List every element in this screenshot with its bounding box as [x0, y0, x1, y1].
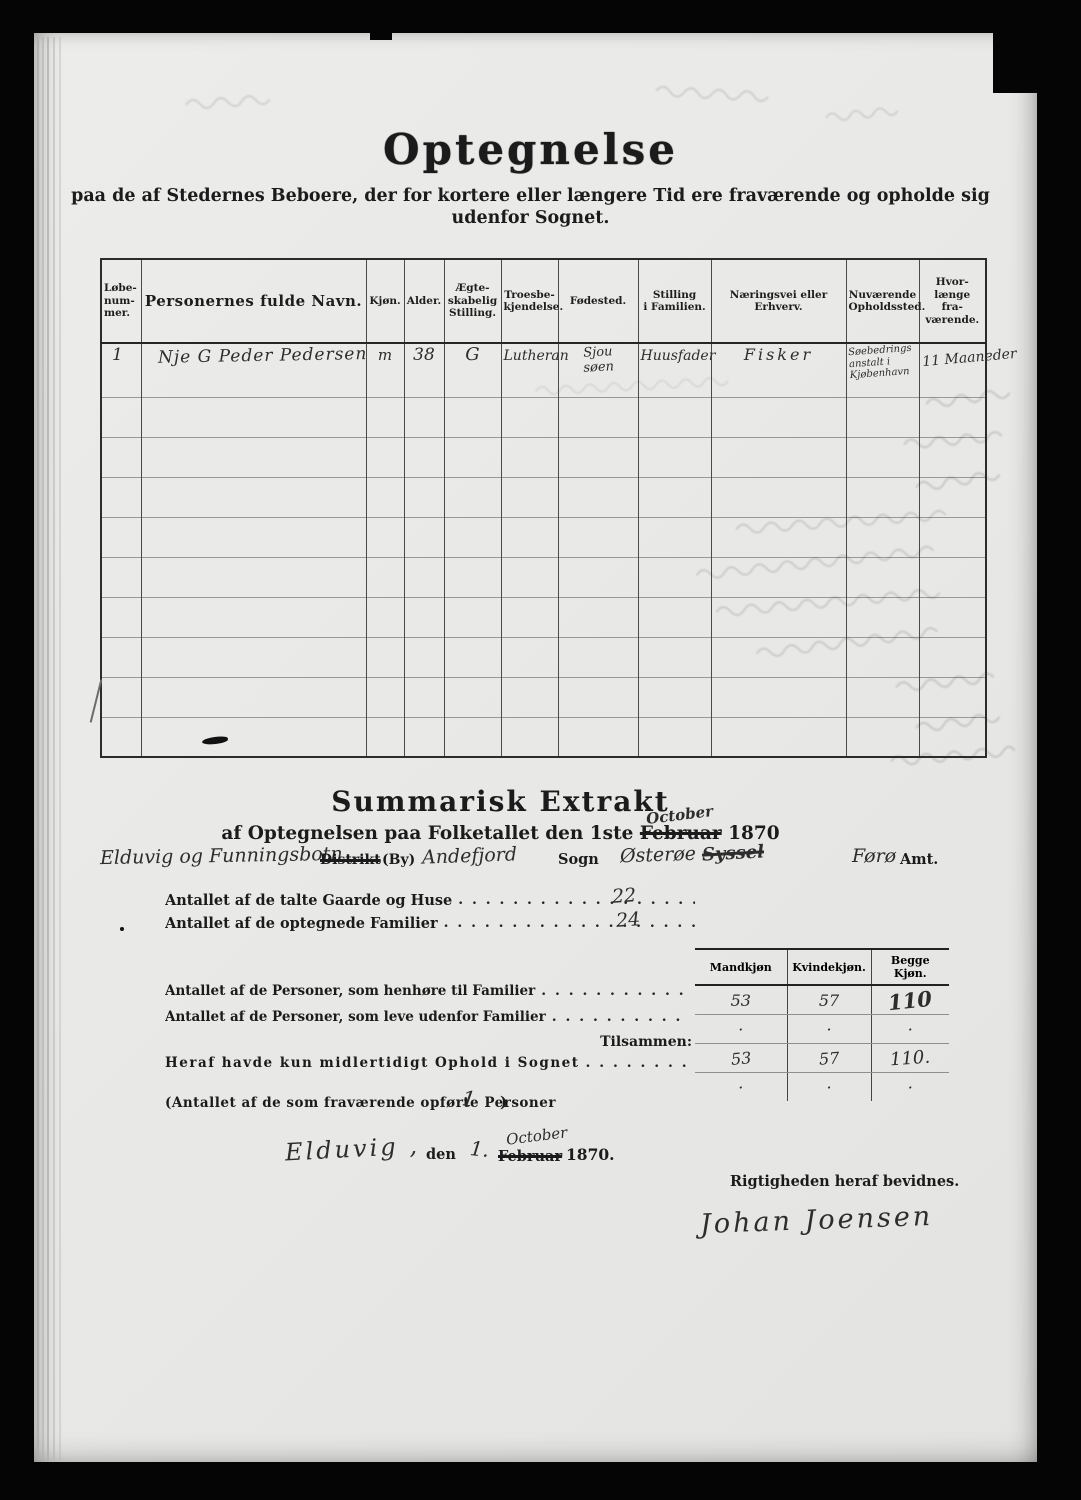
empty-cell — [444, 477, 501, 517]
summary-row-families: 53 57 110 — [695, 985, 949, 1015]
col-header-beggekjon: Begge Kjøn. — [871, 949, 949, 985]
summary-row-temporary: · · · — [695, 1073, 949, 1102]
scanned-census-page: Optegnelse paa de af Stedernes Beboere, … — [0, 0, 1081, 1500]
count-families-label: Antallet af de optegnede Familier — [165, 915, 438, 935]
col-header-opholdssted: Nuværende Opholdssted. — [846, 259, 919, 343]
entry-number: 1 — [104, 348, 123, 363]
parish-handwritten: Andefjord — [422, 843, 518, 868]
entry-name: Nje G Peder Pedersen — [143, 343, 367, 366]
empty-cell — [501, 637, 558, 677]
empty-cell — [101, 597, 141, 637]
absent-persons-close-paren: ) — [500, 1093, 507, 1111]
empty-cell — [558, 717, 638, 757]
empty-cell — [404, 597, 444, 637]
empty-cell — [101, 517, 141, 557]
empty-cell — [638, 437, 711, 477]
empty-cell — [558, 597, 638, 637]
empty-cell — [711, 717, 846, 757]
males-total: 53 — [730, 1048, 752, 1069]
district-label-by: (By) — [382, 852, 415, 868]
subtitle-line-1: paa de af Stedernes Beboere, der for kor… — [34, 185, 1027, 207]
col-header-navn: Personernes fulde Navn. — [141, 259, 366, 343]
empty-cell — [444, 557, 501, 597]
col-header-mandkjon: Mandkjøn — [695, 949, 787, 985]
amt-handwritten: Førø — [852, 845, 896, 867]
page-stack-edge — [47, 37, 49, 1460]
sex-summary-table: Mandkjøn Kvindekjøn. Begge Kjøn. 53 57 1… — [695, 948, 949, 1101]
empty-cell — [141, 437, 366, 477]
temporary-stay-label: Heraf havde kun midlertidigt Ophold i So… — [165, 1055, 579, 1075]
summary-row-outside: · · · — [695, 1015, 949, 1044]
both-temporary: · — [908, 1078, 913, 1097]
extract-subtitle-prefix: af Optegnelsen paa Folketallet den 1ste — [221, 823, 633, 844]
leader-dots: . . . . . . . . . . . . . . . . . . . . … — [535, 983, 689, 1003]
empty-cell — [638, 597, 711, 637]
register-table: Løbe- num- mer. Personernes fulde Navn. … — [100, 258, 987, 758]
empty-cell — [558, 397, 638, 437]
empty-cell — [444, 717, 501, 757]
empty-cell — [404, 637, 444, 677]
leader-dots: . . . . . . . . . . . . . . . . . . . . … — [546, 1009, 689, 1029]
empty-cell — [101, 557, 141, 597]
empty-register-row — [101, 717, 986, 757]
empty-cell — [444, 597, 501, 637]
empty-cell — [101, 437, 141, 477]
empty-cell — [141, 477, 366, 517]
empty-register-row — [101, 677, 986, 717]
males-in-families: 53 — [731, 991, 751, 1010]
empty-cell — [444, 517, 501, 557]
subtitle-line-2: udenfor Sognet. — [34, 207, 1027, 229]
empty-cell — [141, 517, 366, 557]
empty-cell — [444, 437, 501, 477]
empty-cell — [141, 637, 366, 677]
count-houses-value: 22 — [611, 884, 637, 908]
entry-marital: G — [465, 347, 479, 362]
empty-cell — [404, 437, 444, 477]
page-stack-edge — [42, 37, 44, 1460]
empty-cell — [404, 557, 444, 597]
col-header-troesbekjendelse: Troesbe- kjendelse. — [501, 259, 558, 343]
scan-corner-notch — [993, 33, 1081, 93]
empty-cell — [638, 477, 711, 517]
males-temporary: · — [738, 1078, 743, 1097]
dateline-den-label: den — [426, 1146, 456, 1163]
col-header-fodested: Fødested. — [558, 259, 638, 343]
entry-birthplace: Sjou søen — [582, 344, 614, 376]
entry-sex: m — [378, 348, 392, 363]
ghost-handwriting — [654, 82, 775, 108]
empty-cell — [501, 597, 558, 637]
document-title: Optegnelse — [34, 125, 1027, 174]
empty-cell — [404, 517, 444, 557]
persons-in-families-line: Antallet af de Personer, som henhøre til… — [165, 983, 689, 1003]
signature: Johan Joensen — [700, 1201, 934, 1240]
empty-cell — [638, 637, 711, 677]
entry-occupation: Fisker — [744, 345, 813, 362]
empty-cell — [404, 717, 444, 757]
summary-row-total: 53 57 110. — [695, 1044, 949, 1073]
empty-cell — [141, 677, 366, 717]
ghost-handwriting — [183, 90, 274, 116]
both-outside: · — [908, 1020, 913, 1039]
region-struck: Syssel — [701, 841, 764, 865]
count-houses-label: Antallet af de talte Gaarde og Huse — [165, 892, 452, 912]
district-handwritten: Elduvig og Funningsbotn — [100, 843, 343, 869]
entry-family-position: Huusfader — [641, 349, 716, 364]
empty-cell — [141, 557, 366, 597]
total-label: Tilsammen: — [582, 1034, 692, 1050]
register-header-row: Løbe- num- mer. Personernes fulde Navn. … — [101, 259, 986, 343]
empty-cell — [444, 637, 501, 677]
empty-cell — [558, 637, 638, 677]
empty-cell — [711, 397, 846, 437]
empty-cell — [638, 717, 711, 757]
empty-cell — [366, 477, 404, 517]
empty-cell — [366, 597, 404, 637]
col-header-naeringsvei: Næringsvei eller Erhverv. — [711, 259, 846, 343]
extract-title: Summarisk Extrakt — [34, 785, 967, 818]
empty-cell — [558, 517, 638, 557]
empty-register-row — [101, 397, 986, 437]
empty-cell — [501, 557, 558, 597]
females-outside: · — [826, 1020, 831, 1039]
page-stack-edge — [53, 37, 55, 1460]
page-stack-edge — [37, 37, 39, 1460]
empty-cell — [101, 397, 141, 437]
leader-dots: . . . . . . . . . . . . . . . . . . . . … — [438, 915, 695, 935]
empty-cell — [501, 477, 558, 517]
empty-cell — [101, 477, 141, 517]
col-header-lobenummer: Løbe- num- mer. — [101, 259, 141, 343]
empty-cell — [558, 437, 638, 477]
persons-in-families-label: Antallet af de Personer, som henhøre til… — [165, 983, 535, 1003]
paper-sheet: Optegnelse paa de af Stedernes Beboere, … — [34, 33, 1037, 1462]
dateline-day: 1. — [469, 1136, 490, 1162]
col-header-alder: Alder. — [404, 259, 444, 343]
empty-cell — [501, 437, 558, 477]
col-header-stilling-familien: Stilling i Familien. — [638, 259, 711, 343]
district-label-struck: Distrikt — [320, 852, 381, 868]
document-subtitle: paa de af Stedernes Beboere, der for kor… — [34, 185, 1027, 229]
empty-register-row — [101, 437, 986, 477]
empty-cell — [444, 397, 501, 437]
empty-cell — [501, 517, 558, 557]
col-header-aegteskabelig: Ægte- skabelig Stilling. — [444, 259, 501, 343]
empty-cell — [558, 477, 638, 517]
empty-register-row — [101, 477, 986, 517]
persons-outside-families-line: Antallet af de Personer, som leve udenfo… — [165, 1009, 689, 1029]
attestation-text: Rigtigheden heraf bevidnes. — [730, 1173, 959, 1190]
col-header-kjon: Kjøn. — [366, 259, 404, 343]
empty-cell — [501, 717, 558, 757]
empty-cell — [558, 677, 638, 717]
page-stack-edge — [59, 37, 61, 1460]
entry-age: 38 — [413, 348, 435, 363]
temporary-stay-line: Heraf havde kun midlertidigt Ophold i So… — [165, 1055, 689, 1075]
empty-cell — [444, 677, 501, 717]
extract-subtitle: af Optegnelsen paa Folketallet den 1ste … — [34, 823, 967, 844]
empty-cell — [711, 677, 846, 717]
females-total: 57 — [818, 1048, 840, 1068]
both-in-families: 110 — [887, 985, 933, 1014]
empty-cell — [404, 677, 444, 717]
dateline-year: 1870. — [566, 1145, 615, 1164]
empty-cell — [141, 717, 366, 757]
empty-cell — [366, 397, 404, 437]
empty-cell — [366, 557, 404, 597]
empty-cell — [558, 557, 638, 597]
ink-dot — [120, 927, 124, 931]
count-families-value: 24 — [615, 908, 641, 932]
females-in-families: 57 — [819, 991, 839, 1010]
entry-duration-absent: 11 Maaneder — [921, 341, 1017, 370]
dateline-struck-month: Februar — [498, 1148, 562, 1165]
empty-cell — [638, 517, 711, 557]
empty-cell — [141, 597, 366, 637]
empty-cell — [366, 437, 404, 477]
entry-religion: Lutheran — [504, 349, 569, 364]
empty-cell — [638, 397, 711, 437]
leader-dots: . . . . . . . . . . . . . . . . . . . . … — [579, 1055, 689, 1075]
empty-cell — [366, 717, 404, 757]
summary-header-row: Mandkjøn Kvindekjøn. Begge Kjøn. — [695, 949, 949, 985]
entry-current-residence: Søebedrings anstalt i Kjøbenhavn — [847, 343, 913, 382]
empty-cell — [366, 517, 404, 557]
males-outside: · — [738, 1020, 743, 1039]
empty-cell — [366, 677, 404, 717]
amt-label: Amt. — [900, 851, 938, 868]
dateline-hand-month: October — [505, 1123, 568, 1148]
persons-outside-families-label: Antallet af de Personer, som leve udenfo… — [165, 1009, 546, 1029]
empty-cell — [141, 397, 366, 437]
empty-cell — [711, 437, 846, 477]
absent-persons-label: (Antallet af de som fraværende opførte P… — [165, 1095, 556, 1111]
empty-cell — [101, 677, 141, 717]
region-handwritten: Østerøe — [620, 843, 697, 868]
empty-cell — [366, 637, 404, 677]
empty-cell — [846, 397, 919, 437]
empty-cell — [404, 397, 444, 437]
col-header-kvindekjon: Kvindekjøn. — [787, 949, 871, 985]
parish-label: Sogn — [558, 851, 599, 868]
empty-cell — [501, 677, 558, 717]
col-header-hvorlaenge: Hvor- længe fra- værende. — [919, 259, 986, 343]
both-total: 110. — [890, 1046, 931, 1070]
dateline-place: Elduvig , — [284, 1131, 420, 1166]
empty-cell — [711, 477, 846, 517]
empty-cell — [101, 637, 141, 677]
empty-cell — [101, 717, 141, 757]
empty-cell — [404, 477, 444, 517]
empty-cell — [501, 397, 558, 437]
scan-edge-mark — [370, 0, 392, 40]
empty-cell — [638, 677, 711, 717]
females-temporary: · — [826, 1078, 831, 1097]
leader-dots: . . . . . . . . . . . . . . . . . . . . … — [452, 892, 695, 912]
